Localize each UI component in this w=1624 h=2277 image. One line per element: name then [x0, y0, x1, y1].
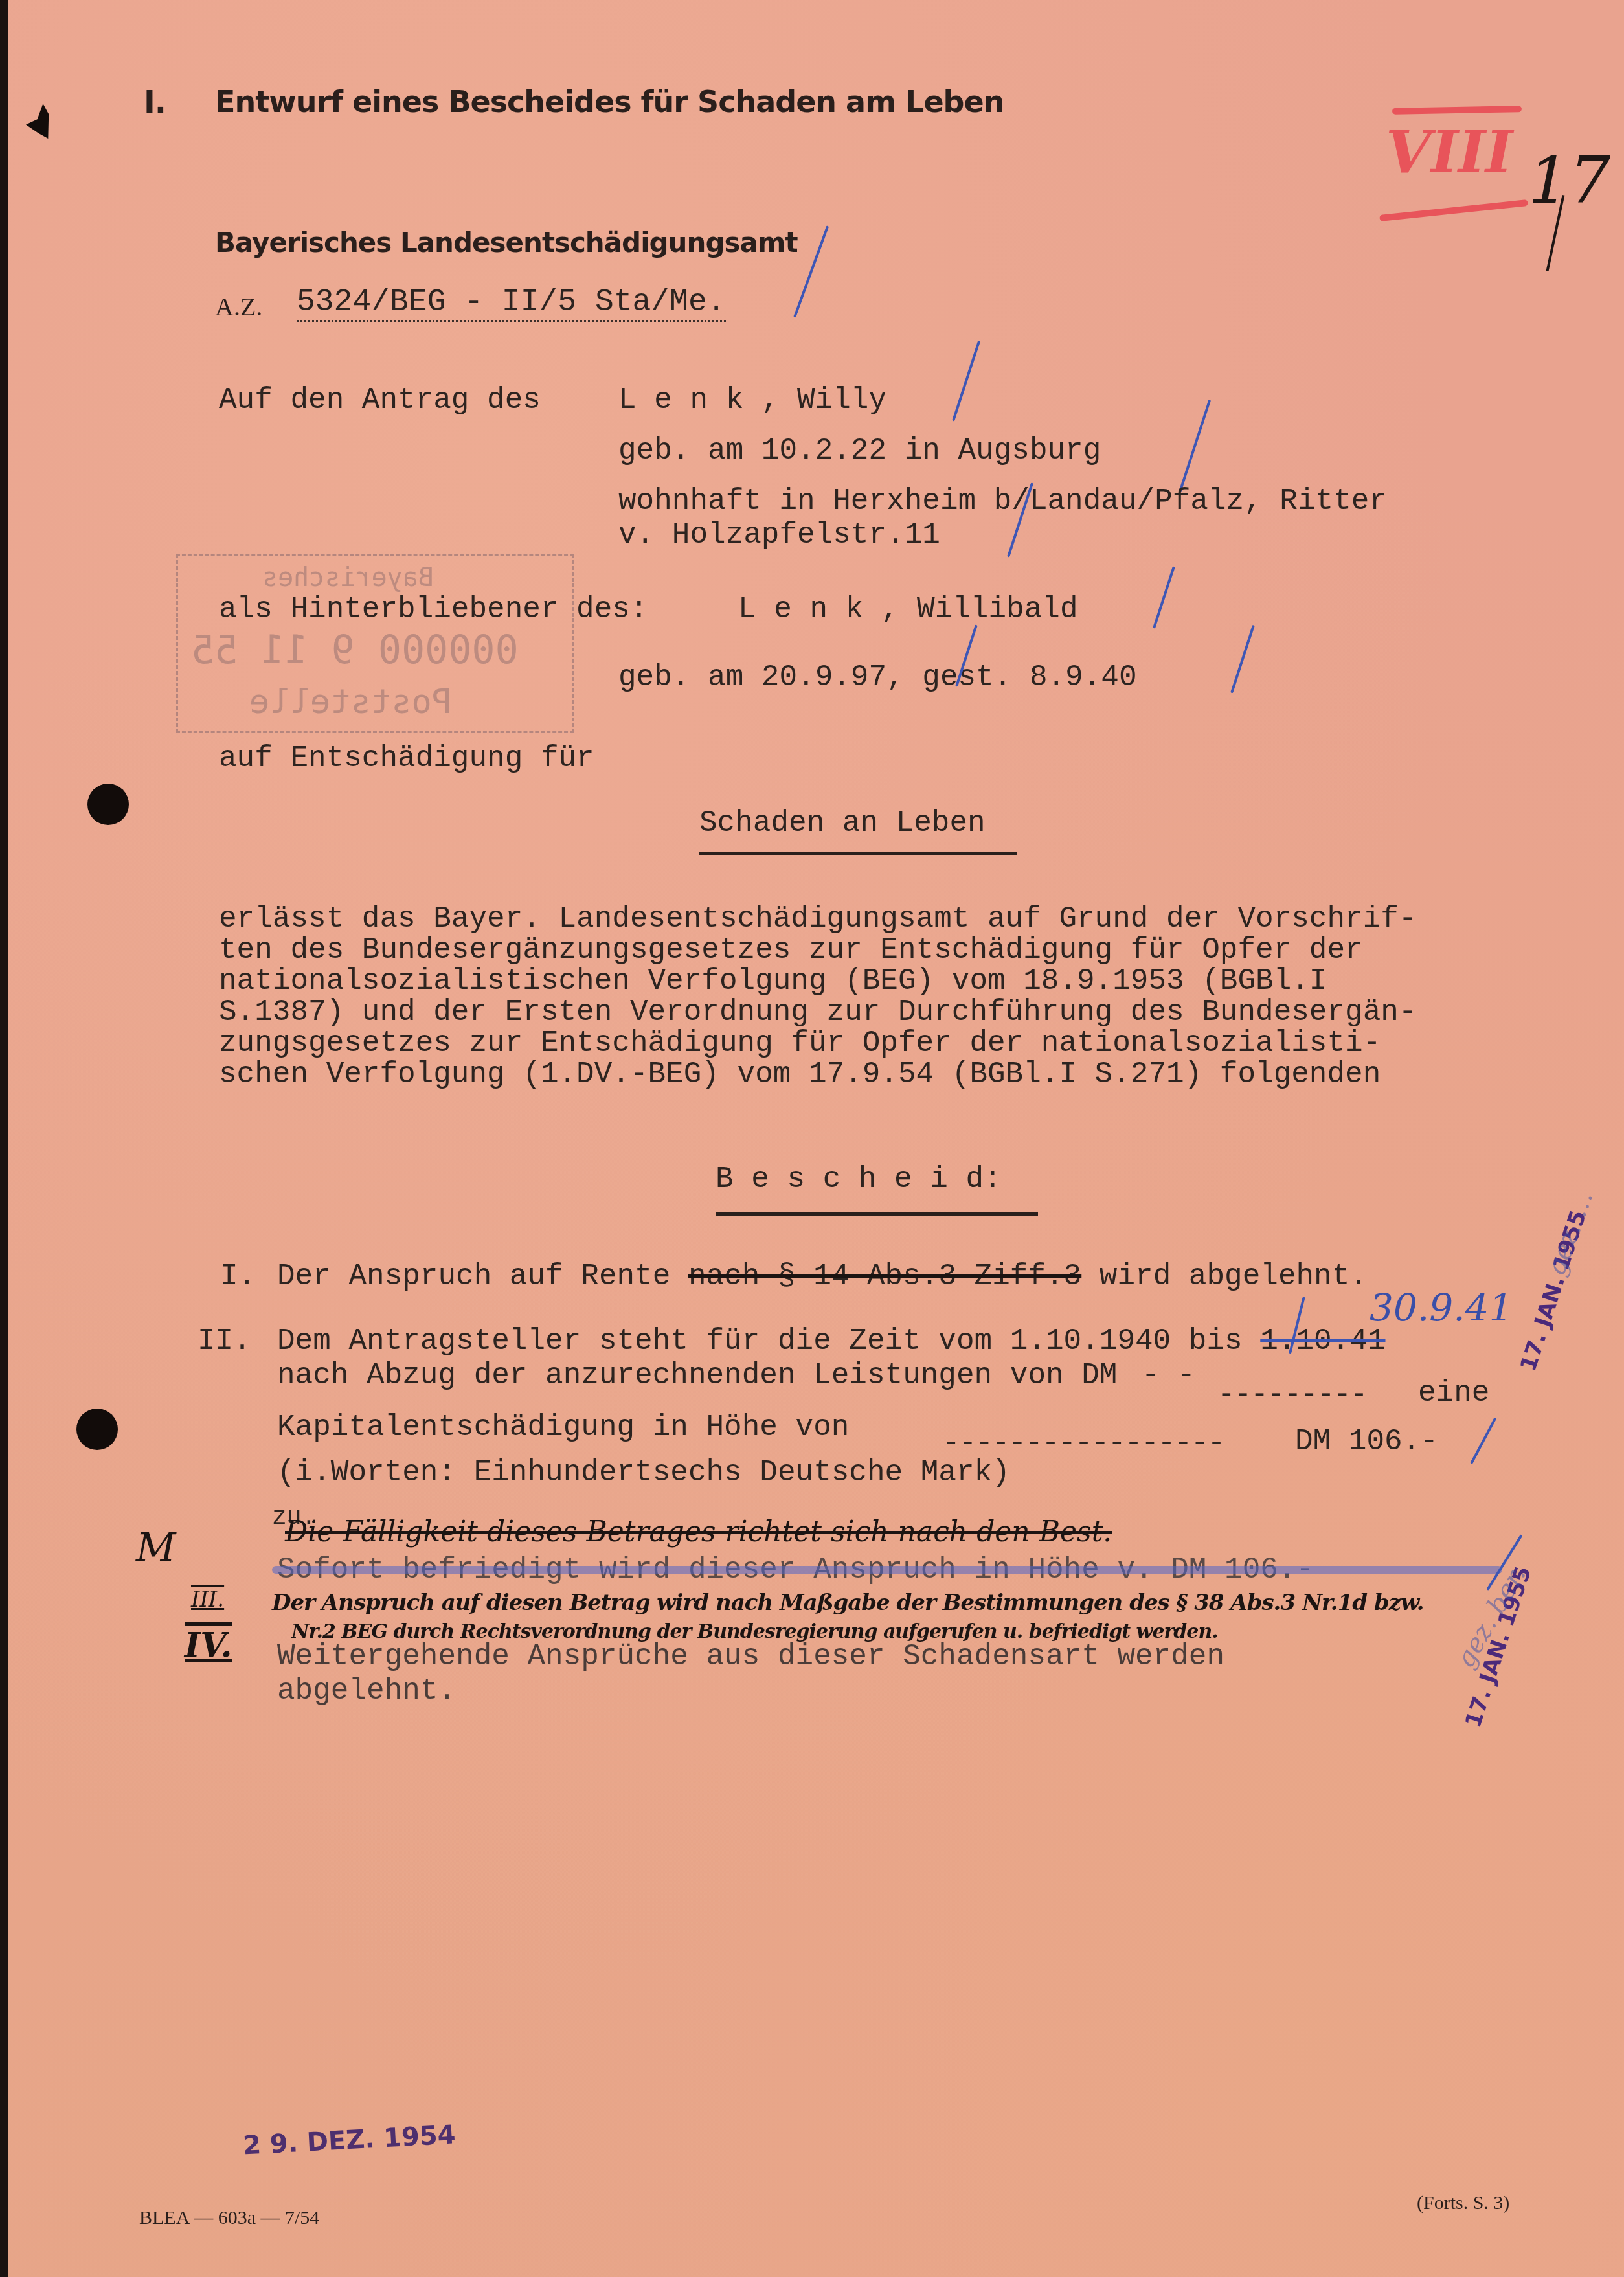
legal-line: nationalsozialistischen Verfolgung (BEG)… — [219, 966, 1417, 997]
checkmark-icon — [1179, 400, 1211, 493]
legal-basis-paragraph: erlässt das Bayer. Landesentschädigungsa… — [219, 903, 1417, 1090]
item-3-number: III. — [191, 1587, 224, 1613]
punch-hole — [87, 784, 129, 825]
torn-hole-mark — [26, 104, 54, 139]
received-date-stamp: 2 9. DEZ. 1954 — [242, 2120, 457, 2160]
item-1-struck: nach § 14 Abs.3 Ziff.3 — [688, 1260, 1081, 1293]
checkmark-icon — [1153, 566, 1175, 628]
item-4-line-2: abgelehnt. — [277, 1674, 456, 1708]
faint-received-stamp: Bayerisches 000000 9 11 55 Poststelle — [176, 554, 574, 733]
item-2-line-1: Dem Antragsteller steht für die Zeit vom… — [277, 1324, 1386, 1358]
item-2-deduction-label: nach Abzug der anzurechnenden Leistungen… — [277, 1359, 1117, 1392]
section-number: I. — [144, 84, 166, 120]
checkmark-icon — [793, 225, 829, 317]
claim-intro: auf Entschädigung für — [219, 742, 594, 775]
page-number-handwritten: 17 — [1528, 142, 1610, 218]
deceased-dates: geb. am 20.9.97, gest. 8.9.40 — [618, 661, 1137, 694]
item-2-period: Dem Antragsteller steht für die Zeit vom… — [277, 1324, 1243, 1358]
decision-heading-underline — [716, 1212, 1038, 1216]
scan-edge — [0, 0, 8, 2277]
claim-type: Schaden an Leben — [699, 806, 986, 840]
legal-line: S.1387) und der Ersten Verordnung zur Du… — [219, 997, 1417, 1028]
item-2-struck-date: 1.10.41 — [1260, 1324, 1385, 1358]
archive-mark: VIII — [1373, 104, 1528, 220]
item-4-line-1: Weitergehende Ansprüche aus dieser Schad… — [277, 1640, 1224, 1673]
deceased-name: L e n k , Willibald — [738, 593, 1078, 626]
claim-type-underline — [699, 852, 1017, 855]
checkmark-icon — [952, 341, 980, 422]
item-2-amount: DM 106.- — [1295, 1425, 1438, 1458]
deceased-intro: als Hinterbliebener des: — [219, 593, 648, 626]
decision-heading: B e s c h e i d: — [716, 1162, 1002, 1196]
item-3-handwritten-line-1: Der Anspruch auf diesen Betrag wird nach… — [272, 1590, 1424, 1616]
applicant-name: L e n k , Willy — [618, 383, 886, 417]
applicant-residence-1: wohnhaft in Herxheim b/Landau/Pfalz, Rit… — [618, 484, 1387, 518]
item-4-number: IV. — [185, 1626, 232, 1665]
checkmark-icon — [1230, 625, 1255, 694]
applicant-residence-2: v. Holzapfelstr.11 — [618, 518, 940, 552]
item-1-number: I. — [220, 1260, 256, 1293]
applicant-birth: geb. am 10.2.22 in Augsburg — [618, 434, 1101, 468]
item-2-number: II. — [197, 1324, 251, 1358]
margin-note-1: gez. … — [1541, 1186, 1599, 1279]
margin-initials: M — [136, 1525, 175, 1570]
az-label: A.Z. — [215, 291, 262, 322]
az-value: 5324/BEG - II/5 Sta/Me. — [297, 285, 726, 322]
legal-line: schen Verfolgung (1.DV.-BEG) vom 17.9.54… — [219, 1059, 1417, 1090]
blue-strike-line — [272, 1566, 1502, 1574]
item-1-text: Der Anspruch auf Rente nach § 14 Abs.3 Z… — [277, 1260, 1368, 1293]
item-2-in-words: (i.Worten: Einhundertsechs Deutsche Mark… — [277, 1456, 1010, 1490]
item-2-dash-leader: --------- — [1217, 1378, 1366, 1412]
applicant-intro: Auf den Antrag des — [219, 383, 541, 417]
legal-line: erlässt das Bayer. Landesentschädigungsa… — [219, 903, 1417, 935]
continuation-note: (Forts. S. 3) — [1417, 2192, 1509, 2214]
item-2-deduction-value: - - — [1142, 1359, 1195, 1392]
item-1-before: Der Anspruch auf Rente — [277, 1260, 670, 1293]
punch-hole — [76, 1409, 118, 1450]
legal-line: zungsgesetzes zur Entschädigung für Opfe… — [219, 1028, 1417, 1059]
struck-handwritten-line: Die Fälligkeit dieses Betrages richtet s… — [285, 1515, 1112, 1548]
item-2-line-3: Kapitalentschädigung in Höhe von — [277, 1410, 849, 1444]
checkmark-icon — [1470, 1417, 1496, 1464]
document-title: Entwurf eines Bescheides für Schaden am … — [215, 84, 1004, 119]
legal-line: ten des Bundesergänzungsgesetzes zur Ent… — [219, 935, 1417, 966]
handwritten-date-correction: 30.9.41 — [1370, 1286, 1513, 1330]
form-code: BLEA — 603a — 7/54 — [139, 2207, 319, 2229]
item-2-line-2: nach Abzug der anzurechnenden Leistungen… — [277, 1359, 1195, 1392]
authority-name: Bayerisches Landesentschädigungsamt — [215, 227, 798, 258]
item-2-eine: eine — [1418, 1376, 1489, 1410]
item-1-after: wird abgelehnt. — [1100, 1260, 1368, 1293]
